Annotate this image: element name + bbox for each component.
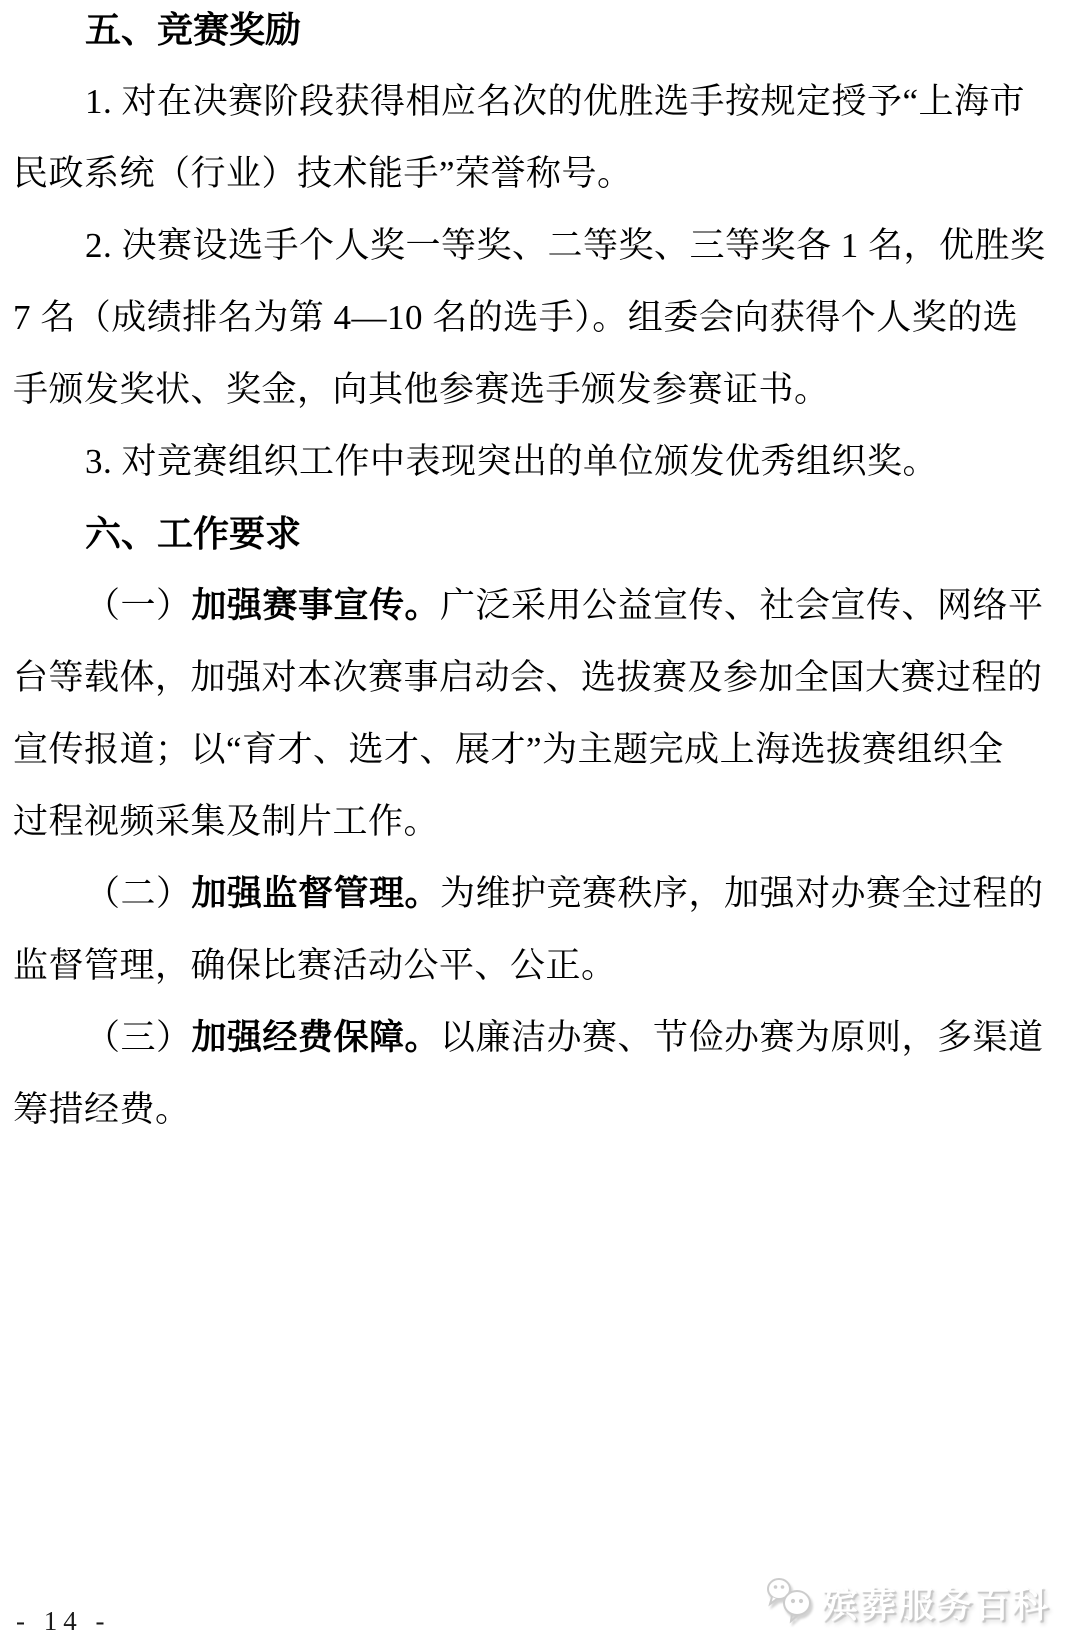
doc-line: 过程视频采集及制片工作。 bbox=[13, 786, 1049, 858]
watermark: 殡葬服务百科 bbox=[764, 1576, 1050, 1629]
section-heading: 六、工作要求 bbox=[13, 498, 1049, 570]
text-segment: 2. 决赛设选手个人奖一等奖、二等奖、三等奖各 1 名，优胜奖 bbox=[85, 226, 1046, 265]
bold-leadin: 加强赛事宣传。 bbox=[192, 586, 441, 625]
doc-line: （二）加强监督管理。为维护竞赛秩序，加强对办赛全过程的 bbox=[13, 858, 1049, 930]
doc-line: 台等载体，加强对本次赛事启动会、选拔赛及参加全国大赛过程的 bbox=[13, 642, 1049, 714]
text-segment: （三） bbox=[85, 1018, 192, 1057]
text-segment: 民政系统（行业）技术能手”荣誉称号。 bbox=[13, 154, 633, 193]
wechat-icon bbox=[764, 1576, 816, 1629]
document-page: 五、竞赛奖励1. 对在决赛阶段获得相应名次的优胜选手按规定授予“上海市民政系统（… bbox=[0, 0, 1080, 1652]
text-segment: 过程视频采集及制片工作。 bbox=[13, 802, 439, 841]
bold-leadin: 加强监督管理。 bbox=[192, 874, 441, 913]
doc-line: 手颁发奖状、奖金，向其他参赛选手颁发参赛证书。 bbox=[13, 354, 1049, 426]
watermark-label: 殡葬服务百科 bbox=[822, 1577, 1050, 1628]
doc-line: 7 名（成绩排名为第 4—10 名的选手）。组委会向获得个人奖的选 bbox=[13, 282, 1049, 354]
text-segment: 7 名（成绩排名为第 4—10 名的选手）。组委会向获得个人奖的选 bbox=[13, 298, 1018, 337]
text-segment: 台等载体，加强对本次赛事启动会、选拔赛及参加全国大赛过程的 bbox=[13, 658, 1043, 697]
text-segment: 手颁发奖状、奖金，向其他参赛选手颁发参赛证书。 bbox=[13, 370, 830, 409]
doc-line: 民政系统（行业）技术能手”荣誉称号。 bbox=[13, 138, 1049, 210]
bold-leadin: 五、竞赛奖励 bbox=[85, 9, 301, 50]
text-segment: 1. 对在决赛阶段获得相应名次的优胜选手按规定授予“上海市 bbox=[85, 82, 1025, 121]
doc-line: 2. 决赛设选手个人奖一等奖、二等奖、三等奖各 1 名，优胜奖 bbox=[13, 210, 1049, 282]
text-segment: 为维护竞赛秩序，加强对办赛全过程的 bbox=[440, 874, 1044, 913]
text-segment: （二） bbox=[85, 874, 192, 913]
doc-line: 宣传报道；以“育才、选才、展才”为主题完成上海选拔赛组织全 bbox=[13, 714, 1049, 786]
page-number: - 14 - bbox=[16, 1606, 110, 1637]
doc-line: 筹措经费。 bbox=[13, 1074, 1049, 1146]
text-segment: 监督管理，确保比赛活动公平、公正。 bbox=[13, 946, 617, 985]
bold-leadin: 加强经费保障。 bbox=[192, 1018, 441, 1057]
text-segment: 宣传报道；以“育才、选才、展才”为主题完成上海选拔赛组织全 bbox=[13, 730, 1004, 769]
bold-leadin: 六、工作要求 bbox=[85, 513, 301, 554]
text-segment: 以廉洁办赛、节俭办赛为原则，多渠道 bbox=[440, 1018, 1044, 1057]
doc-line: 监督管理，确保比赛活动公平、公正。 bbox=[13, 930, 1049, 1002]
text-segment: 3. 对竞赛组织工作中表现突出的单位颁发优秀组织奖。 bbox=[85, 442, 938, 481]
text-segment: （一） bbox=[85, 586, 192, 625]
text-segment: 筹措经费。 bbox=[13, 1090, 191, 1129]
doc-line: 1. 对在决赛阶段获得相应名次的优胜选手按规定授予“上海市 bbox=[13, 66, 1049, 138]
text-segment: 广泛采用公益宣传、社会宣传、网络平 bbox=[440, 586, 1044, 625]
doc-line: （三）加强经费保障。以廉洁办赛、节俭办赛为原则，多渠道 bbox=[13, 1002, 1049, 1074]
document-body: 五、竞赛奖励1. 对在决赛阶段获得相应名次的优胜选手按规定授予“上海市民政系统（… bbox=[13, 0, 1049, 1146]
doc-line: 3. 对竞赛组织工作中表现突出的单位颁发优秀组织奖。 bbox=[13, 426, 1049, 498]
doc-line: （一）加强赛事宣传。广泛采用公益宣传、社会宣传、网络平 bbox=[13, 570, 1049, 642]
section-heading: 五、竞赛奖励 bbox=[13, 0, 1049, 66]
